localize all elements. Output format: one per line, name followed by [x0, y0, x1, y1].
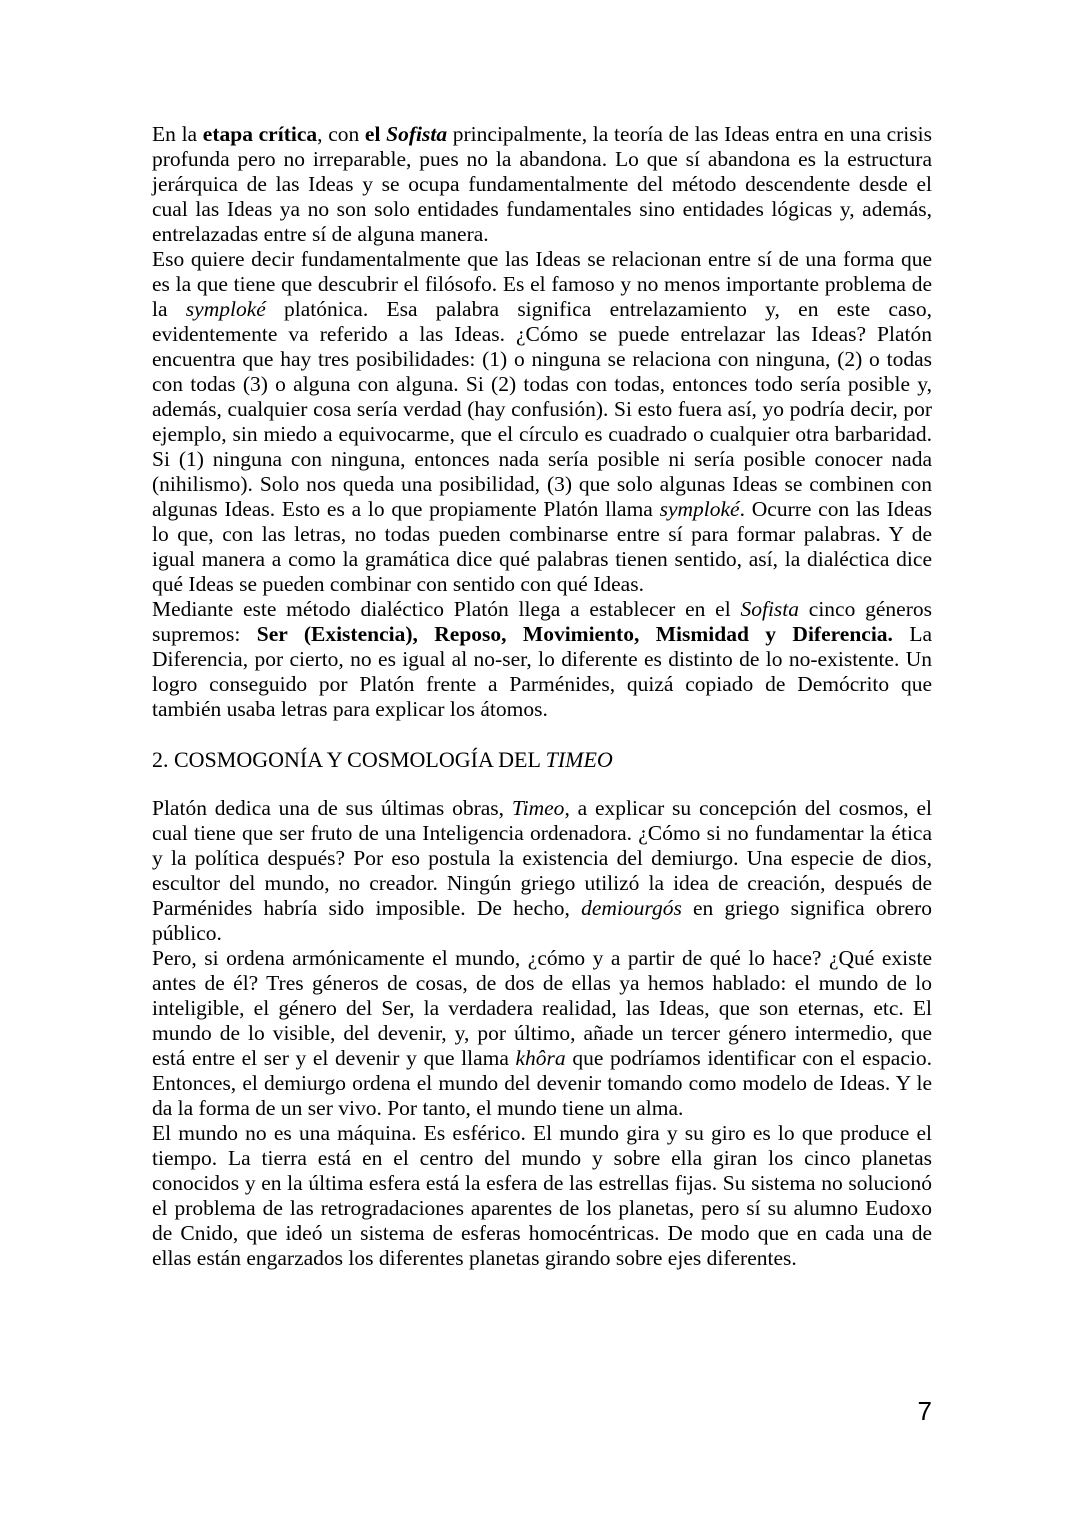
text-run: Sofista [386, 122, 447, 146]
text-run: TIMEO [546, 747, 613, 772]
section-heading: 2. COSMOGONÍA Y COSMOLOGÍA DEL TIMEO [152, 747, 932, 772]
text-run: symploké [660, 497, 740, 521]
paragraph: El mundo no es una máquina. Es esférico.… [152, 1121, 932, 1271]
text-run: Ser (Existencia), Reposo, Movimiento, Mi… [257, 622, 893, 646]
text-run: symploké [186, 297, 266, 321]
text-run: demiourgós [581, 896, 682, 920]
document-page: En la etapa crítica, con el Sofista prin… [0, 0, 1080, 1527]
text-run: 2. COSMOGONÍA Y COSMOLOGÍA DEL [152, 747, 546, 772]
paragraph: En la etapa crítica, con el Sofista prin… [152, 122, 932, 247]
text-run: platónica. Esa palabra significa entrela… [152, 297, 932, 521]
text-run: , con [317, 122, 365, 146]
paragraph: Platón dedica una de sus últimas obras, … [152, 796, 932, 946]
text-run: El mundo no es una máquina. Es esférico.… [152, 1121, 932, 1270]
text-run: Platón dedica una de sus últimas obras, [152, 796, 512, 820]
paragraph: Eso quiere decir fundamentalmente que la… [152, 247, 932, 597]
text-run: Timeo [512, 796, 565, 820]
text-run: Sofista [740, 597, 799, 621]
text-run: el [365, 122, 386, 146]
page-content: En la etapa crítica, con el Sofista prin… [152, 122, 932, 1271]
page-number: 7 [152, 1396, 932, 1426]
text-run: khôra [516, 1046, 566, 1070]
paragraph: Mediante este método dialéctico Platón l… [152, 597, 932, 722]
text-run: etapa crítica [203, 122, 317, 146]
text-run: En la [152, 122, 203, 146]
text-run: Mediante este método dialéctico Platón l… [152, 597, 740, 621]
paragraph: Pero, si ordena armónicamente el mundo, … [152, 946, 932, 1121]
